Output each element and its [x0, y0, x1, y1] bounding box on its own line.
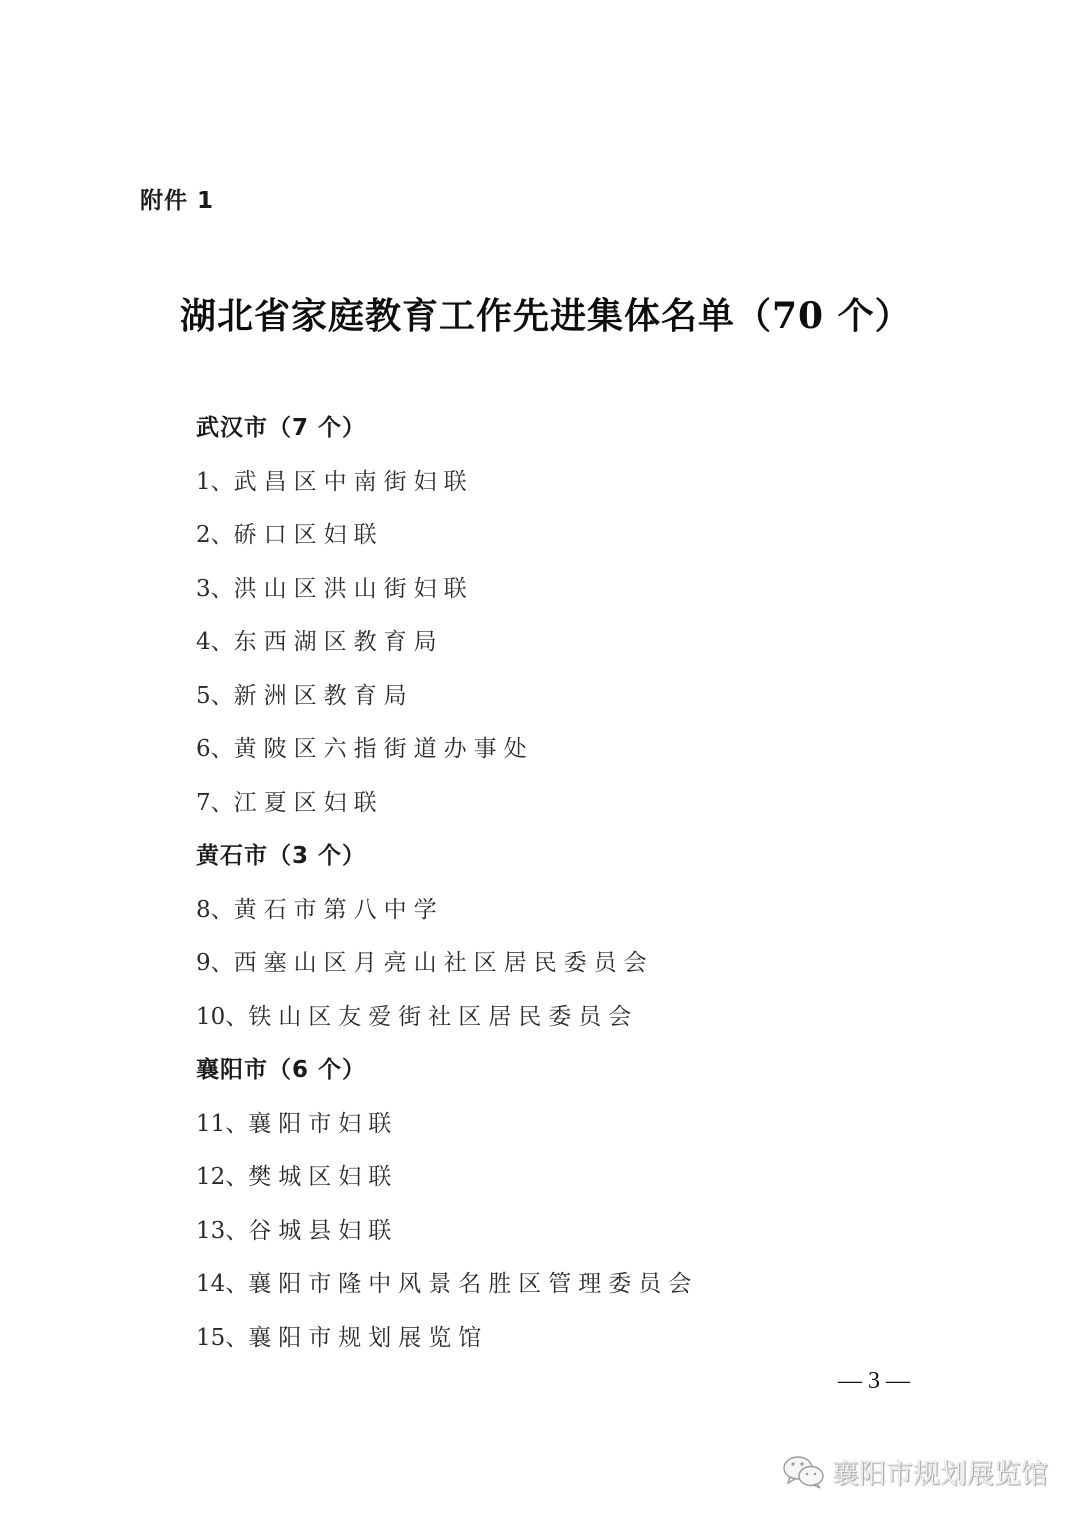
item-name: 襄阳市隆中风景名胜区管理委员会 — [248, 1271, 698, 1297]
item-number: 5、 — [196, 683, 234, 709]
list-item: 9、西塞山区月亮山社区居民委员会 — [196, 937, 996, 991]
list-item: 15、襄阳市规划展览馆 — [196, 1312, 996, 1366]
item-name: 黄石市第八中学 — [234, 897, 444, 923]
list-item: 11、襄阳市妇联 — [196, 1098, 996, 1152]
item-number: 10、 — [196, 1004, 248, 1030]
item-number: 12、 — [196, 1164, 248, 1190]
group-heading-huangshi: 黄石市（3 个） — [196, 830, 996, 884]
list-item: 13、谷城县妇联 — [196, 1205, 996, 1259]
item-number: 4、 — [196, 629, 234, 655]
list-item: 3、洪山区洪山街妇联 — [196, 563, 996, 617]
item-name: 西塞山区月亮山社区居民委员会 — [234, 950, 654, 976]
item-number: 6、 — [196, 736, 234, 762]
item-name: 武昌区中南街妇联 — [234, 469, 474, 495]
list-item: 5、新洲区教育局 — [196, 670, 996, 724]
group-heading-wuhan: 武汉市（7 个） — [196, 402, 996, 456]
list-item: 4、东西湖区教育局 — [196, 616, 996, 670]
award-list: 武汉市（7 个） 1、武昌区中南街妇联 2、硚口区妇联 3、洪山区洪山街妇联 4… — [196, 402, 996, 1365]
item-name: 樊城区妇联 — [248, 1164, 398, 1190]
list-item: 1、武昌区中南街妇联 — [196, 456, 996, 510]
wechat-icon — [782, 1454, 826, 1490]
item-name: 新洲区教育局 — [234, 683, 414, 709]
list-item: 8、黄石市第八中学 — [196, 884, 996, 938]
watermark: 襄阳市规划展览馆 — [782, 1452, 1048, 1491]
item-name: 硚口区妇联 — [234, 522, 384, 548]
item-name: 江夏区妇联 — [234, 790, 384, 816]
item-name: 东西湖区教育局 — [234, 629, 444, 655]
list-item: 12、樊城区妇联 — [196, 1151, 996, 1205]
attachment-label: 附件 1 — [140, 182, 214, 215]
page-number: — 3 — — [838, 1368, 910, 1395]
document-title: 湖北省家庭教育工作先进集体名单（70 个） — [180, 288, 912, 339]
item-number: 2、 — [196, 522, 234, 548]
item-name: 谷城县妇联 — [248, 1218, 398, 1244]
item-number: 7、 — [196, 790, 234, 816]
list-item: 7、江夏区妇联 — [196, 777, 996, 831]
item-name: 襄阳市妇联 — [248, 1111, 398, 1137]
list-item: 14、襄阳市隆中风景名胜区管理委员会 — [196, 1258, 996, 1312]
item-name: 黄陂区六指街道办事处 — [234, 736, 534, 762]
item-number: 14、 — [196, 1271, 248, 1297]
item-number: 1、 — [196, 469, 234, 495]
item-number: 15、 — [196, 1325, 248, 1351]
group-heading-xiangyang: 襄阳市（6 个） — [196, 1044, 996, 1098]
item-number: 9、 — [196, 950, 234, 976]
list-item: 10、铁山区友爱街社区居民委员会 — [196, 991, 996, 1045]
item-number: 8、 — [196, 897, 234, 923]
list-item: 2、硚口区妇联 — [196, 509, 996, 563]
item-name: 铁山区友爱街社区居民委员会 — [248, 1004, 638, 1030]
list-item: 6、黄陂区六指街道办事处 — [196, 723, 996, 777]
item-name: 襄阳市规划展览馆 — [248, 1325, 488, 1351]
item-number: 13、 — [196, 1218, 248, 1244]
item-name: 洪山区洪山街妇联 — [234, 576, 474, 602]
watermark-text: 襄阳市规划展览馆 — [832, 1452, 1048, 1491]
item-number: 3、 — [196, 576, 234, 602]
item-number: 11、 — [196, 1111, 248, 1137]
